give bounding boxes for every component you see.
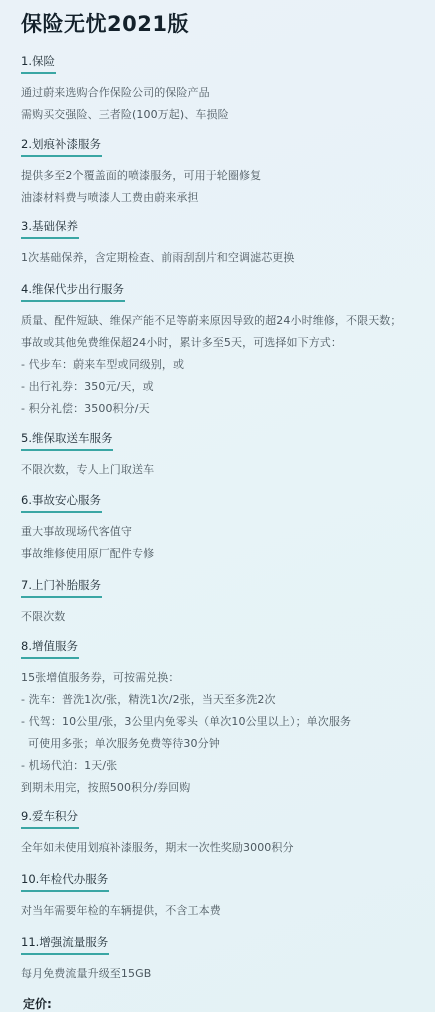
section-line: 全年如未使用划痕补漆服务，期末一次性奖励3000积分 — [21, 837, 425, 859]
section-heading: 7.上门补胎服务 — [21, 578, 102, 598]
section-line: 1次基础保养，含定期检查、前雨刮刮片和空调滤芯更换 — [21, 247, 425, 269]
section-line: 需购买交强险、三者险(100万起)、车损险 — [21, 104, 425, 126]
section-line: 不限次数 — [21, 606, 425, 628]
section-line: 事故或其他免费维保超24小时，累计多至5天，可选择如下方式： — [21, 332, 425, 354]
section-line: 每月免费流量升级至15GB — [21, 963, 425, 985]
section-accident-care: 6.事故安心服务 重大事故现场代客值守 事故维修使用原厂配件专修 — [21, 489, 425, 565]
section-data-plan: 11.增强流量服务 每月免费流量升级至15GB — [21, 931, 425, 985]
section-heading: 2.划痕补漆服务 — [21, 137, 102, 157]
section-heading: 8.增值服务 — [21, 639, 79, 659]
section-line: 重大事故现场代客值守 — [21, 521, 425, 543]
section-pricing: 定价: — [21, 993, 425, 1012]
section-line: 不限次数，专人上门取送车 — [21, 459, 425, 481]
section-line: - 代驾：10公里/张，3公里内免零头（单次10公里以上）；单次服务 — [21, 711, 425, 733]
section-line: 到期未用完，按照500积分/券回购 — [21, 777, 425, 799]
section-line: 油漆材料费与喷漆人工费由蔚来承担 — [21, 187, 425, 209]
section-line: 事故维修使用原厂配件专修 — [21, 543, 425, 565]
document-page: 保险无忧2021版 1.保险 通过蔚来选购合作保险公司的保险产品 需购买交强险、… — [0, 0, 435, 42]
section-heading: 6.事故安心服务 — [21, 493, 102, 513]
section-mobility-service: 4.维保代步出行服务 质量、配件短缺、维保产能不足等蔚来原因导致的超24小时维修… — [21, 278, 425, 420]
section-heading: 5.维保取送车服务 — [21, 431, 113, 451]
section-heading: 10.年检代办服务 — [21, 872, 109, 892]
section-line: - 出行礼券：350元/天，或 — [21, 376, 425, 398]
section-heading: 3.基础保养 — [21, 219, 79, 239]
section-heading: 4.维保代步出行服务 — [21, 282, 125, 302]
section-line: 提供多至2个覆盖面的喷漆服务，可用于轮圈修复 — [21, 165, 425, 187]
section-insurance: 1.保险 通过蔚来选购合作保险公司的保险产品 需购买交强险、三者险(100万起)… — [21, 50, 425, 126]
section-heading: 11.增强流量服务 — [21, 935, 109, 955]
section-annual-inspection: 10.年检代办服务 对当年需要年检的车辆提供，不含工本费 — [21, 868, 425, 922]
section-line: 15张增值服务券，可按需兑换： — [21, 667, 425, 689]
pricing-heading: 定价: — [21, 997, 54, 1012]
section-line: - 积分礼偿：3500积分/天 — [21, 398, 425, 420]
section-line: 可使用多张；单次服务免费等待30分钟 — [21, 733, 425, 755]
section-line: 质量、配件短缺、维保产能不足等蔚来原因导致的超24小时维修，不限天数； — [21, 310, 425, 332]
page-title: 保险无忧2021版 — [21, 6, 413, 42]
section-tire-repair: 7.上门补胎服务 不限次数 — [21, 574, 425, 628]
section-line: 对当年需要年检的车辆提供，不含工本费 — [21, 900, 425, 922]
section-line: - 代步车：蔚来车型或同级别，或 — [21, 354, 425, 376]
section-line: - 机场代泊：1天/张 — [21, 755, 425, 777]
section-points: 9.爱车积分 全年如未使用划痕补漆服务，期末一次性奖励3000积分 — [21, 805, 425, 859]
section-heading: 1.保险 — [21, 54, 56, 74]
section-line: - 洗车：普洗1次/张，精洗1次/2张，当天至多洗2次 — [21, 689, 425, 711]
section-heading: 9.爱车积分 — [21, 809, 79, 829]
section-line: 通过蔚来选购合作保险公司的保险产品 — [21, 82, 425, 104]
section-value-added: 8.增值服务 15张增值服务券，可按需兑换： - 洗车：普洗1次/张，精洗1次/… — [21, 635, 425, 799]
section-pickup-delivery: 5.维保取送车服务 不限次数，专人上门取送车 — [21, 427, 425, 481]
section-paint-repair: 2.划痕补漆服务 提供多至2个覆盖面的喷漆服务，可用于轮圈修复 油漆材料费与喷漆… — [21, 133, 425, 209]
section-basic-maintenance: 3.基础保养 1次基础保养，含定期检查、前雨刮刮片和空调滤芯更换 — [21, 215, 425, 269]
